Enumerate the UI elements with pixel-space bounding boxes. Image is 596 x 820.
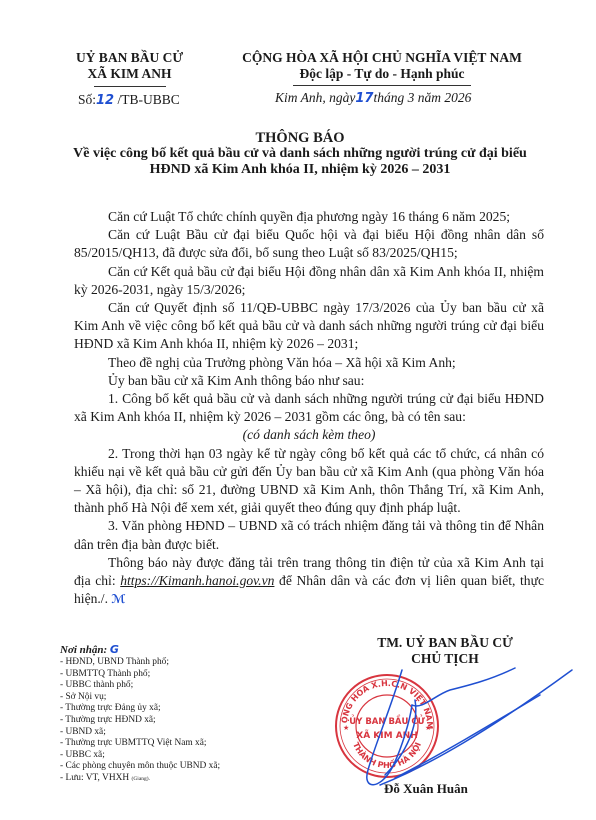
motto-underline [293, 85, 471, 86]
document-kind: THÔNG BÁO [60, 130, 540, 146]
closing-paragraph: Thông báo này được đăng tải trên trang t… [74, 554, 544, 609]
signature-scribble-icon [340, 650, 580, 800]
national-header: CỘNG HÒA XÃ HỘI CHỦ NGHĨA VIỆT NAM Độc l… [212, 50, 552, 86]
document-body: Căn cứ Luật Tổ chức chính quyền địa phươ… [74, 208, 544, 608]
paragraph: Căn cứ Quyết định số 11/QĐ-UBBC ngày 17/… [74, 299, 544, 354]
recipient-item: - UBBC xã; [60, 750, 290, 762]
recipient-item: - HĐND, UBND Thành phố; [60, 657, 290, 669]
country-name: CỘNG HÒA XÃ HỘI CHỦ NGHĨA VIỆT NAM [212, 50, 552, 66]
recipient-archive: - Lưu: VT, VHXH (Giang). [60, 773, 290, 786]
doc-no-suffix: /TB-UBBC [117, 92, 179, 107]
subject-line-1: Về việc công bố kết quả bầu cử và danh s… [60, 146, 540, 162]
recipients-label: Nơi nhận: G [60, 643, 290, 657]
archive-note: (Giang). [131, 776, 149, 782]
org-underline [94, 86, 166, 87]
org-line-2: XÃ KIM ANH [62, 66, 197, 82]
document-number: Số:12 /TB-UBBC [78, 92, 180, 108]
recipients-mark: G [110, 643, 119, 656]
recipient-item: - Sở Nội vụ; [60, 692, 290, 704]
paragraph: Theo đề nghị của Trưởng phòng Văn hóa – … [74, 354, 544, 372]
document-page: UỶ BAN BẦU CỬ XÃ KIM ANH CỘNG HÒA XÃ HỘI… [0, 0, 596, 820]
paragraph: Căn cứ Luật Tổ chức chính quyền địa phươ… [74, 208, 544, 226]
issuing-org: UỶ BAN BẦU CỬ XÃ KIM ANH [62, 50, 197, 87]
paragraph: 2. Trong thời hạn 03 ngày kể từ ngày côn… [74, 445, 544, 518]
website-link[interactable]: https://Kimanh.hanoi.gov.vn [120, 573, 274, 588]
archive-text: - Lưu: VT, VHXH [60, 773, 129, 783]
document-title: THÔNG BÁO Về việc công bố kết quả bầu cử… [60, 130, 540, 178]
subject-line-2: HĐND xã Kim Anh khóa II, nhiệm kỳ 2026 –… [60, 162, 540, 178]
date-suffix: tháng 3 năm 2026 [373, 90, 471, 105]
org-line-1: UỶ BAN BẦU CỬ [62, 50, 197, 66]
recipient-item: - UBBC thành phố; [60, 680, 290, 692]
recipient-item: - Các phòng chuyên môn thuộc UBND xã; [60, 761, 290, 773]
doc-no-handwritten: 12 [96, 93, 114, 108]
signer-name: Đỗ Xuân Huân [384, 781, 468, 797]
recipient-item: - Thường trực UBMTTQ Việt Nam xã; [60, 738, 290, 750]
doc-no-prefix: Số: [78, 92, 96, 107]
recipient-item: - UBMTTQ Thành phố; [60, 669, 290, 681]
national-motto: Độc lập - Tự do - Hạnh phúc [212, 66, 552, 82]
attachment-note: (có danh sách kèm theo) [74, 426, 544, 444]
date-day-handwritten: 17 [355, 91, 373, 106]
on-behalf-of: TM. UỶ BAN BẦU CỬ [345, 635, 545, 651]
date-prefix: Kim Anh, ngày [275, 90, 355, 105]
recipients-list: Nơi nhận: G - HĐND, UBND Thành phố; - UB… [60, 643, 290, 786]
paragraph: 3. Văn phòng HĐND – UBND xã có trách nhi… [74, 517, 544, 553]
paragraph: Căn cứ Kết quả bầu cử đại biểu Hội đồng … [74, 263, 544, 299]
place-date: Kim Anh, ngày17tháng 3 năm 2026 [275, 90, 471, 106]
paragraph: 1. Công bố kết quả bầu cử và danh sách n… [74, 390, 544, 426]
paragraph: Ủy ban bầu cử xã Kim Anh thông báo như s… [74, 372, 544, 390]
recipients-label-text: Nơi nhận: [60, 644, 107, 656]
recipient-item: - Thường trực Đảng ủy xã; [60, 703, 290, 715]
recipient-item: - Thường trực HĐND xã; [60, 715, 290, 727]
paragraph: Căn cứ Luật Bầu cử đại biểu Quốc hội và … [74, 226, 544, 262]
recipient-item: - UBND xã; [60, 727, 290, 739]
initial-mark: ℳ [111, 592, 125, 606]
